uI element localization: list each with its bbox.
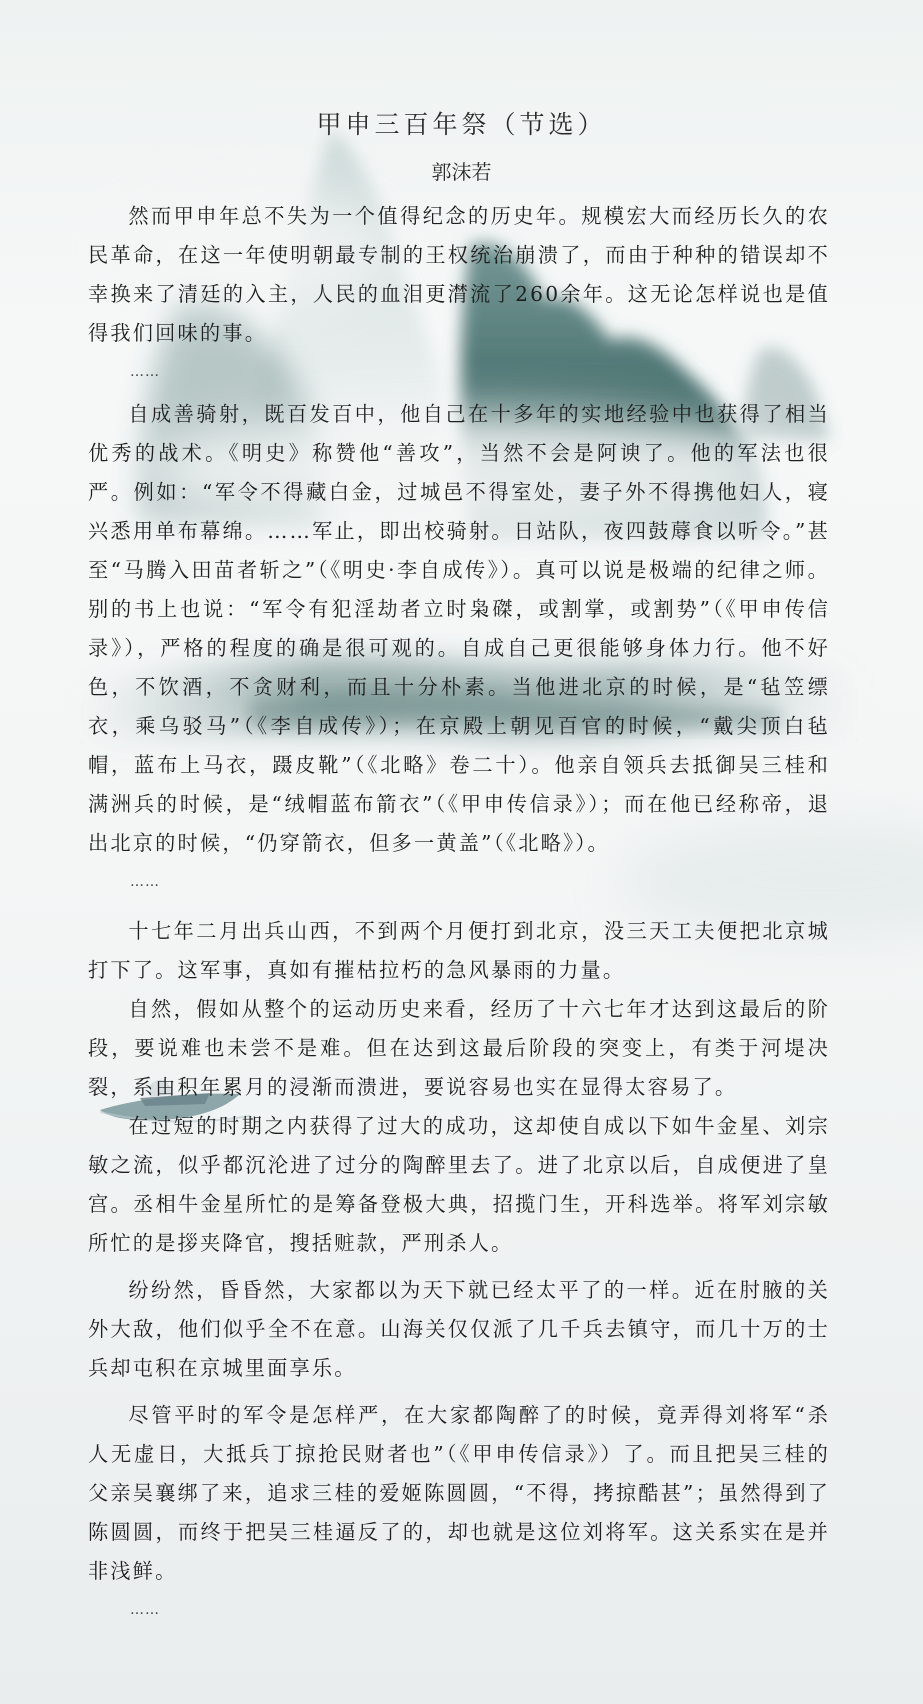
paragraph: 在过短的时期之内获得了过大的成功，这却使自成以下如牛金星、刘宗敏之流，似乎都沉沦… [88,1107,830,1263]
document-author: 郭沫若 [0,156,923,185]
paragraph: 然而甲申年总不失为一个值得纪念的历史年。规模宏大而经历长久的农民革命，在这一年使… [88,197,830,353]
body-section-3: 十七年二月出兵山西，不到两个月便打到北京，没三天工夫便把北京城打下了。这军事，真… [88,912,830,1630]
paragraph: 十七年二月出兵山西，不到两个月便打到北京，没三天工夫便把北京城打下了。这军事，真… [88,912,830,990]
ellipsis: …… [88,353,830,392]
paragraph: 自然，假如从整个的运动历史来看，经历了十六七年才达到这最后的阶段，要说难也未尝不… [88,990,830,1107]
paragraph: 纷纷然，昏昏然，大家都以为天下就已经太平了的一样。近在肘腋的关外大敌，他们似乎全… [88,1271,830,1388]
ellipsis: …… [88,863,830,902]
body-section-2: 自成善骑射，既百发百中，他自己在十多年的实地经验中也获得了相当优秀的战术。《明史… [88,395,830,902]
ellipsis: …… [88,1591,830,1630]
paragraph: 尽管平时的军令是怎样严，在大家都陶醉了的时候，竟弄得刘将军“杀人无虚日，大抵兵丁… [88,1396,830,1591]
paragraph: 自成善骑射，既百发百中，他自己在十多年的实地经验中也获得了相当优秀的战术。《明史… [88,395,830,863]
document-title: 甲申三百年祭（节选） [0,105,923,141]
body-section-1: 然而甲申年总不失为一个值得纪念的历史年。规模宏大而经历长久的农民革命，在这一年使… [88,197,830,392]
